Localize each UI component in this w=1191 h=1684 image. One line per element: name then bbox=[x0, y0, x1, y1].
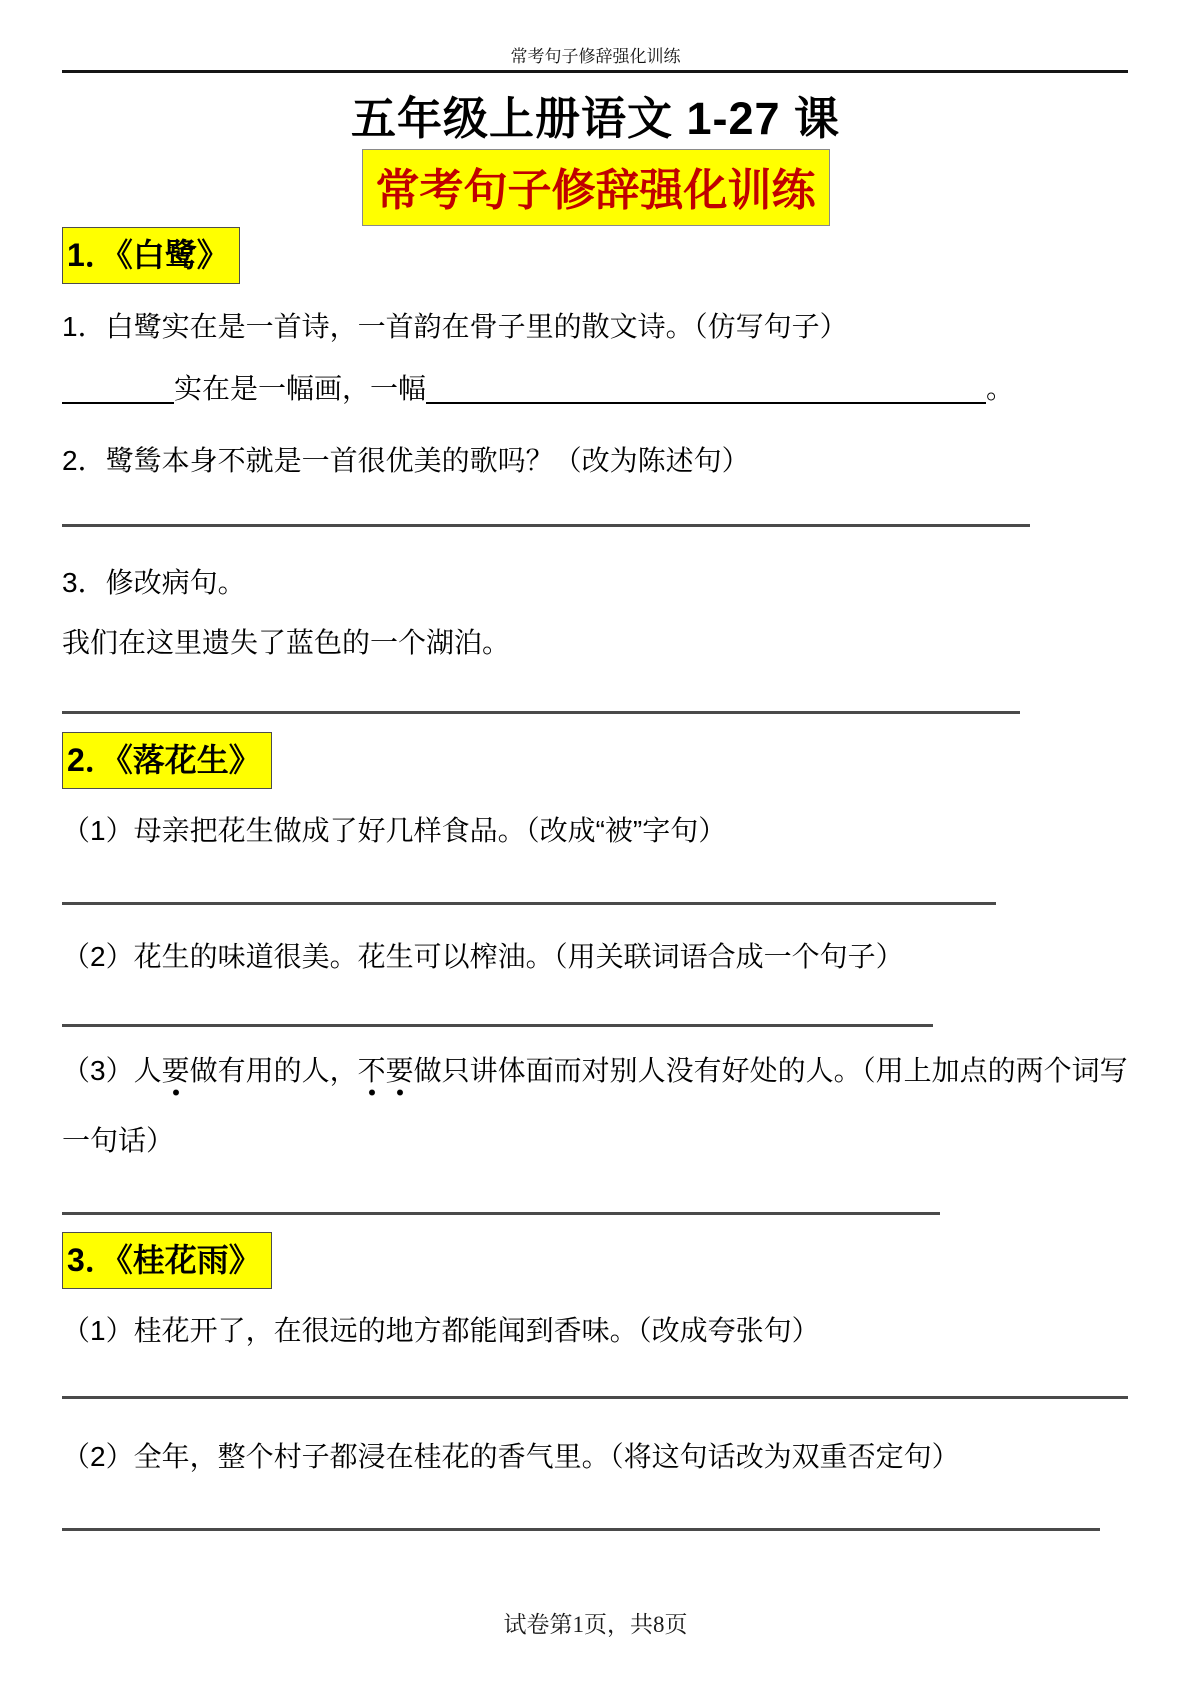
question-3-2: （2）全年，整个村子都浸在桂花的香气里。（将这句话改为双重否定句） bbox=[62, 1440, 960, 1474]
segment-plain: 做只讲体面而对别人没有好处的人。（用上加点的两个词写 bbox=[414, 1055, 1128, 1086]
fill-blank-short bbox=[62, 374, 174, 404]
segment-plain: 做有用的人， bbox=[190, 1055, 358, 1086]
fill-text: 实在是一幅画，一幅 bbox=[174, 373, 426, 404]
answer-line-1-3 bbox=[62, 711, 1020, 714]
header-rule bbox=[62, 70, 1128, 73]
question-3-1: （1）桂花开了，在很远的地方都能闻到香味。（改成夸张句） bbox=[62, 1314, 820, 1348]
running-header-text: 常考句子修辞强化训练 bbox=[0, 42, 1191, 67]
segment-plain: （3）人 bbox=[62, 1055, 162, 1086]
question-1-3-sentence: 我们在这里遗失了蓝色的一个湖泊。 bbox=[62, 626, 510, 660]
question-1-3: 3．修改病句。 bbox=[62, 566, 246, 600]
question-2-3-line1: （3）人要做有用的人，不要做只讲体面而对别人没有好处的人。（用上加点的两个词写 bbox=[62, 1036, 1172, 1106]
question-2-3-line2: 一句话） bbox=[62, 1106, 1172, 1176]
question-2-2: （2）花生的味道很美。花生可以榨油。（用关联词语合成一个句子） bbox=[62, 940, 904, 974]
answer-line-2-3 bbox=[62, 1212, 940, 1215]
question-2-3: （3）人要做有用的人，不要做只讲体面而对别人没有好处的人。（用上加点的两个词写 … bbox=[62, 1036, 1172, 1176]
answer-line-2-1 bbox=[62, 902, 996, 905]
banner-subtitle: 常考句子修辞强化训练 bbox=[362, 149, 830, 226]
section-heading-bailu: 1．《白鹭》 bbox=[62, 227, 240, 284]
question-1-2: 2．鹭鸶本身不就是一首很优美的歌吗？（改为陈述句） bbox=[62, 444, 750, 478]
question-2-1: （1）母亲把花生做成了好几样食品。（改成“被”字句） bbox=[62, 814, 726, 848]
answer-line-3-2 bbox=[62, 1528, 1100, 1531]
page-footer: 试卷第1页，共8页 bbox=[0, 1606, 1191, 1639]
section-heading-luohuasheng: 2．《落花生》 bbox=[62, 732, 272, 789]
question-1-1-fill-line: 实在是一幅画，一幅。 bbox=[62, 372, 1014, 406]
page-title: 五年级上册语文 1-27 课 bbox=[0, 82, 1191, 147]
worksheet-page: 常考句子修辞强化训练 五年级上册语文 1-27 课 常考句子修辞强化训练 1．《… bbox=[0, 0, 1191, 1684]
answer-line-2-2 bbox=[62, 1024, 933, 1027]
question-1-1: 1．白鹭实在是一首诗，一首韵在骨子里的散文诗。（仿写句子） bbox=[62, 310, 848, 344]
answer-line-3-1 bbox=[62, 1396, 1128, 1399]
segment-emphasis-dots: 不要 bbox=[358, 1055, 414, 1097]
fill-end-punct: 。 bbox=[986, 373, 1014, 404]
segment-emphasis-dots: 要 bbox=[162, 1055, 190, 1097]
answer-line-1-2 bbox=[62, 524, 1030, 527]
section-heading-guihuayu: 3．《桂花雨》 bbox=[62, 1232, 272, 1289]
fill-blank-long bbox=[426, 374, 986, 404]
